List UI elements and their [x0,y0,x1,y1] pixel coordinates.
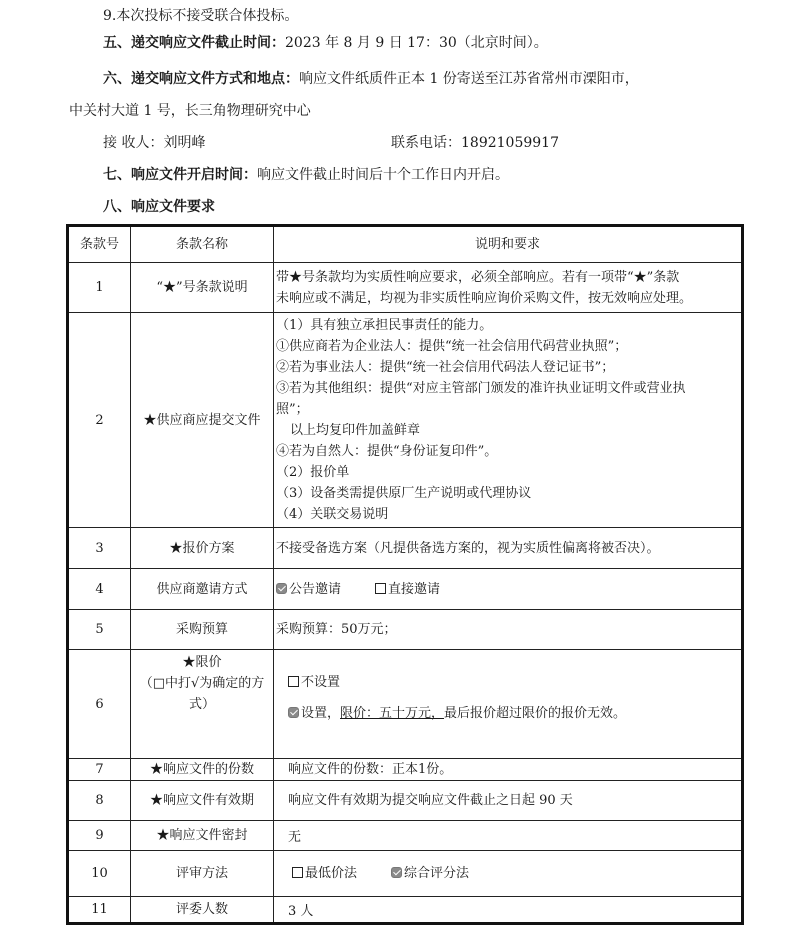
clause-name: ★供应商应提交文件 [131,313,274,528]
clause-description: 响应文件的份数：正本1份。 [274,759,743,781]
section-7: 七、响应文件开启时间：响应文件截止时间后十个工作日内开启。 [103,165,509,185]
checkbox-checked-icon[interactable] [276,583,287,594]
clause-description: 采购预算：50万元； [274,610,743,650]
clause-name: 评委人数 [131,897,274,924]
table-row: 8 ★响应文件有效期 响应文件有效期为提交响应文件截止之日起 90 天 [68,781,743,821]
clause-number: 1 [68,263,131,313]
option-lowest-price[interactable]: 最低价法 [292,866,357,881]
checkbox-empty-icon[interactable] [375,583,386,594]
clause-number: 3 [68,528,131,569]
clause-name: ★响应文件的份数 [131,759,274,781]
item-9-text: 9.本次投标不接受联合体投标。 [103,6,298,26]
phone-text: 联系电话：18921059917 [391,133,559,153]
checkbox-checked-icon[interactable] [288,707,299,718]
clause-name: 供应商邀请方式 [131,569,274,610]
table-row: 2 ★供应商应提交文件 （1）具有独立承担民事责任的能力。 ①供应商若为企业法人… [68,313,743,528]
clause-description: 最低价法综合评分法 [274,851,743,897]
desc-line: 未响应或不满足，均视为非实质性响应询价采购文件，按无效响应处理。 [276,288,739,309]
section-5-value: 2023 年 8 月 9 日 17：30（北京时间）。 [285,35,548,51]
section-7-label: 七、响应文件开启时间： [103,167,257,183]
option-label: 最低价法 [305,866,357,881]
clause-number: 4 [68,569,131,610]
option-direct-invite[interactable]: 直接邀请 [375,582,440,597]
name-line: 式） [133,694,271,715]
checkbox-checked-icon[interactable] [391,867,402,878]
table-row: 11 评委人数 3 人 [68,897,743,924]
checkbox-empty-icon[interactable] [292,867,303,878]
limit-value: 限价：五十万元， [340,706,444,721]
desc-line: ④若为自然人：提供“身份证复印件”。 [276,441,739,462]
option-label: 综合评分法 [404,866,469,881]
clause-number: 7 [68,759,131,781]
section-7-value: 响应文件截止时间后十个工作日内开启。 [257,167,509,183]
option-public-invite[interactable]: 公告邀请 [276,582,341,597]
option-label: 公告邀请 [289,582,341,597]
desc-line: （2）报价单 [276,462,739,483]
section-6-value-cont: 中关村大道 1 号，长三角物理研究中心 [69,101,311,121]
option-set-limit[interactable]: 设置，限价：五十万元，最后报价超过限价的报价无效。 [288,703,739,724]
desc-line: 带★号条款均为实质性响应要求，必须全部响应。若有一项带“★”条款 [276,267,739,288]
header-clause-number: 条款号 [68,226,131,263]
clause-description: 无 [274,821,743,851]
option-label: 不设置 [301,675,340,690]
clause-name: 评审方法 [131,851,274,897]
section-5: 五、递交响应文件截止时间：2023 年 8 月 9 日 17：30（北京时间）。 [103,33,548,53]
clause-description: 3 人 [274,897,743,924]
option-label: 设置， [301,706,340,721]
clause-number: 5 [68,610,131,650]
receiver-text: 接 收人：刘明峰 [103,133,205,153]
desc-line: （3）设备类需提供原厂生产说明或代理协议 [276,483,739,504]
table-row: 6 ★限价 （□中打√为确定的方 式） 不设置 设置，限价：五十万元，最后报价超… [68,650,743,759]
clause-number: 11 [68,897,131,924]
table-row: 9 ★响应文件密封 无 [68,821,743,851]
desc-line: （1）具有独立承担民事责任的能力。 [276,315,739,336]
table-header-row: 条款号 条款名称 说明和要求 [68,226,743,263]
clause-number: 9 [68,821,131,851]
name-line: ★限价 [133,652,271,673]
table-row: 5 采购预算 采购预算：50万元； [68,610,743,650]
clause-description: 不接受备选方案（凡提供备选方案的，视为实质性偏离将被否决）。 [274,528,743,569]
header-description: 说明和要求 [274,226,743,263]
clause-number: 8 [68,781,131,821]
desc-line: （4）关联交易说明 [276,504,739,525]
header-clause-name: 条款名称 [131,226,274,263]
option-no-limit[interactable]: 不设置 [288,672,739,693]
desc-line: ③若为其他组织：提供“对应主管部门颁发的准许执业证明文件或营业执 [276,378,739,399]
desc-line: 以上均复印件加盖鲜章 [276,420,739,441]
clause-number: 10 [68,851,131,897]
clause-name: “★”号条款说明 [131,263,274,313]
option-comprehensive-score[interactable]: 综合评分法 [391,866,469,881]
clause-name: ★响应文件有效期 [131,781,274,821]
clause-description: 响应文件有效期为提交响应文件截止之日起 90 天 [274,781,743,821]
clause-description: 带★号条款均为实质性响应要求，必须全部响应。若有一项带“★”条款 未响应或不满足… [274,263,743,313]
option-label: 直接邀请 [388,582,440,597]
clause-description: （1）具有独立承担民事责任的能力。 ①供应商若为企业法人：提供“统一社会信用代码… [274,313,743,528]
option-label-suffix: 最后报价超过限价的报价无效。 [444,706,626,721]
clause-number: 6 [68,650,131,759]
clause-number: 2 [68,313,131,528]
section-6-label: 六、递交响应文件方式和地点： [103,71,299,87]
table-row: 7 ★响应文件的份数 响应文件的份数：正本1份。 [68,759,743,781]
section-5-label: 五、递交响应文件截止时间： [103,35,285,51]
clause-name: ★报价方案 [131,528,274,569]
table-row: 10 评审方法 最低价法综合评分法 [68,851,743,897]
section-6: 六、递交响应文件方式和地点：响应文件纸质件正本 1 份寄送至江苏省常州市溧阳市， [103,69,639,89]
checkbox-empty-icon[interactable] [288,676,299,687]
clause-description: 不设置 设置，限价：五十万元，最后报价超过限价的报价无效。 [274,650,743,759]
clause-description: 公告邀请直接邀请 [274,569,743,610]
table-row: 4 供应商邀请方式 公告邀请直接邀请 [68,569,743,610]
desc-line: ②若为事业法人：提供“统一社会信用代码法人登记证书”； [276,357,739,378]
table-row: 1 “★”号条款说明 带★号条款均为实质性响应要求，必须全部响应。若有一项带“★… [68,263,743,313]
desc-line: 照”； [276,399,739,420]
section-8-heading: 八、响应文件要求 [103,197,215,217]
table-row: 3 ★报价方案 不接受备选方案（凡提供备选方案的，视为实质性偏离将被否决）。 [68,528,743,569]
requirements-table: 条款号 条款名称 说明和要求 1 “★”号条款说明 带★号条款均为实质性响应要求… [66,224,744,925]
name-line: （□中打√为确定的方 [133,673,271,694]
desc-line: ①供应商若为企业法人：提供“统一社会信用代码营业执照”； [276,336,739,357]
clause-name: 采购预算 [131,610,274,650]
clause-name: ★限价 （□中打√为确定的方 式） [131,650,274,759]
section-6-value: 响应文件纸质件正本 1 份寄送至江苏省常州市溧阳市， [299,71,639,87]
clause-name: ★响应文件密封 [131,821,274,851]
